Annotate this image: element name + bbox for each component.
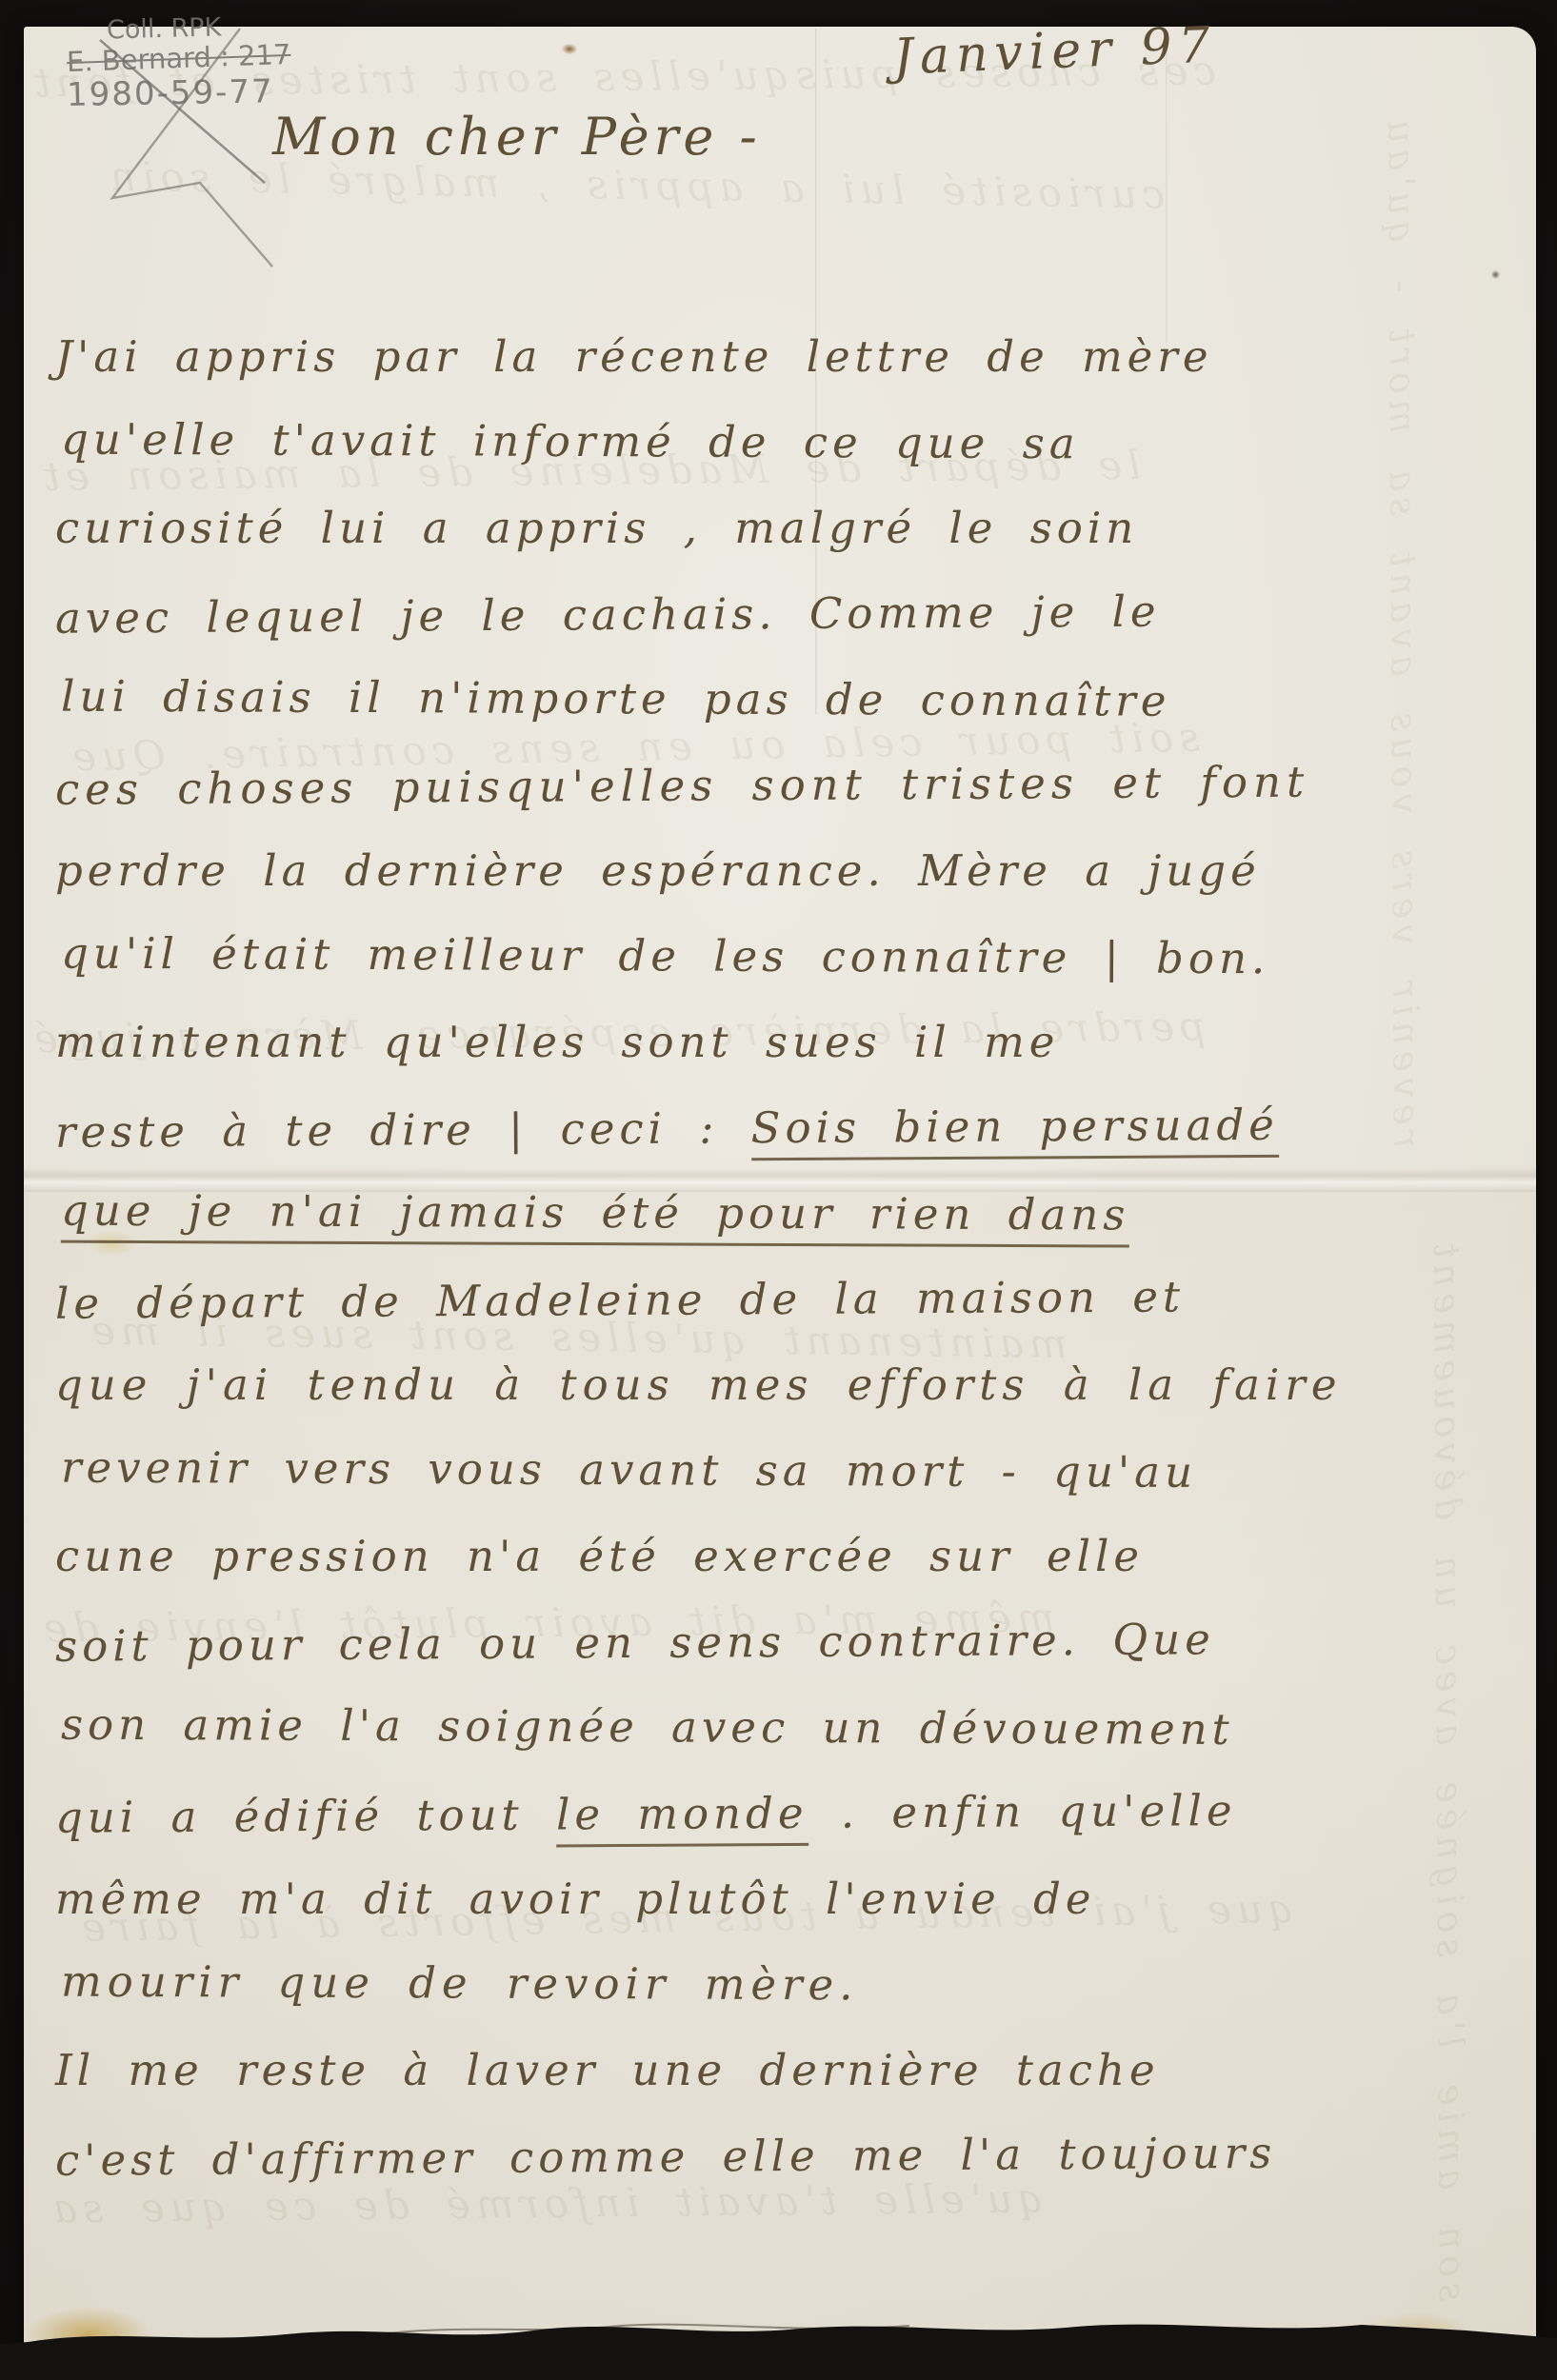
underlined-handwritten-text: le monde [556, 1788, 808, 1848]
handwritten-text: reste à te dire | ceci : [55, 1102, 751, 1157]
underlined-handwritten-text: Sois bien persuadé [751, 1100, 1279, 1160]
handwritten-text: maintenant qu'elles sont sues il me [55, 1017, 1059, 1067]
letter-body: J'ai appris par la récente lettre de mèr… [55, 314, 1522, 2199]
letter-line: cune pression n'a été exercée sur elle [55, 1514, 1522, 1599]
handwritten-text: Il me reste à laver une dernière tache [55, 2045, 1160, 2095]
handwritten-text: qu'elle t'avait informé de ce que sa [61, 414, 1080, 469]
underlined-handwritten-text: que je n'ai jamais été pour rien dans [61, 1185, 1130, 1248]
handwritten-text: curiosité lui a appris , malgré le soin [55, 503, 1138, 553]
handwritten-text: même m'a dit avoir plutôt l'envie de [55, 1874, 1096, 1924]
letter-line: que je n'ai jamais été pour rien dans [61, 1168, 1522, 1260]
letter-line: maintenant qu'elles sont sues il me [55, 1000, 1522, 1085]
handwritten-text: . enfin qu'elle [808, 1785, 1236, 1838]
letter-line: lui disais il n'importe pas de connaître [61, 654, 1522, 746]
handwritten-text: avec lequel je le cachais. Comme je le [55, 586, 1161, 644]
handwritten-text: lui disais il n'importe pas de connaître [61, 671, 1171, 726]
handwritten-text: revenir vers vous avant sa mort - qu'au [61, 1442, 1197, 1497]
archival-annotations: Coll. RPK E. Bernard : 217 1980-59-77 [67, 15, 290, 110]
letter-line: qu'elle t'avait informé de ce que sa [61, 397, 1522, 489]
handwritten-text: qui a édifié tout [55, 1789, 556, 1842]
handwritten-text: son amie l'a soignée avec un dévouement [61, 1699, 1234, 1755]
handwritten-text: cune pression n'a été exercée sur elle [55, 1531, 1144, 1581]
letter-line: même m'a dit avoir plutôt l'envie de [55, 1856, 1522, 1942]
letter-line: reste à te dire | ceci : Sois bien persu… [55, 1081, 1523, 1175]
handwritten-text: mourir que de revoir mère. [61, 1956, 859, 2011]
letter-salutation: Mon cher Père - [272, 107, 762, 167]
letter-line: J'ai appris par la récente lettre de mèr… [55, 314, 1522, 400]
handwritten-text: soit pour cela ou en sens contraire. Que [55, 1614, 1215, 1671]
letter-line: que j'ai tendu à tous mes efforts à la f… [55, 1342, 1522, 1428]
letter-line: son amie l'a soignée avec un dévouement [61, 1682, 1522, 1775]
letter-line: le départ de Madeleine de la maison et [55, 1252, 1523, 1346]
paper-stain [630, 2327, 764, 2376]
letter-line: soit pour cela ou en sens contraire. Que [55, 1595, 1523, 1689]
letter-scan: ces choses puisqu'elles sont tristes et … [0, 0, 1557, 2380]
letter-line: curiosité lui a appris , malgré le soin [55, 486, 1522, 571]
ink-speck [1491, 270, 1500, 279]
handwritten-text: le départ de Madeleine de la maison et [55, 1271, 1185, 1328]
letter-line: qui a édifié tout le monde . enfin qu'el… [55, 1766, 1523, 1860]
letter-line: qu'il était meilleur de les connaître | … [61, 911, 1522, 1003]
inventory-number: 1980-59-77 [67, 75, 291, 113]
handwritten-text: ces choses puisqu'elles sont tristes et … [55, 757, 1309, 815]
paper-stain [1362, 2311, 1476, 2363]
letter-line: c'est d'affirmer comme elle me l'a toujo… [55, 2109, 1523, 2203]
crossed-out-mark: E. Bernard : 217 [67, 40, 291, 77]
handwritten-text: que j'ai tendu à tous mes efforts à la f… [55, 1359, 1342, 1410]
paper-stain [27, 2308, 150, 2363]
ink-speck [562, 44, 577, 54]
letter-line: revenir vers vous avant sa mort - qu'au [61, 1425, 1522, 1517]
letter-line: perdre la dernière espérance. Mère a jug… [55, 828, 1522, 914]
handwritten-text: J'ai appris par la récente lettre de mèr… [55, 331, 1212, 382]
letter-line: mourir que de revoir mère. [61, 1939, 1522, 2032]
letter-line: Il me reste à laver une dernière tache [55, 2028, 1522, 2113]
handwritten-text: qu'il était meilleur de les connaître | … [61, 928, 1270, 984]
letter-line: ces choses puisqu'elles sont tristes et … [55, 738, 1523, 832]
handwritten-text: perdre la dernière espérance. Mère a jug… [55, 845, 1261, 896]
letter-line: avec lequel je le cachais. Comme je le [55, 566, 1523, 661]
handwritten-text: c'est d'affirmer comme elle me l'a toujo… [55, 2128, 1277, 2186]
